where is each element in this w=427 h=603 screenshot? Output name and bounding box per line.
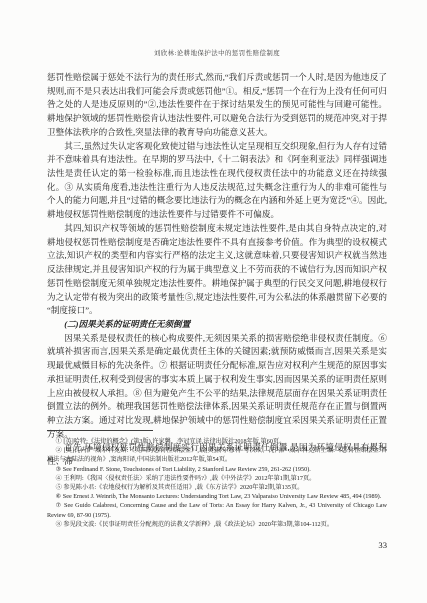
footnote-block: ① [英]哈特:《法律的概念》(第3版),许家馨、李冠宜译,法律出版社2018年… — [47, 430, 387, 529]
footnote: ⑦ See Guido Calabresi, Concerning Cause … — [47, 501, 387, 519]
footnote: ⑥ See Ernest J. Weinrib, The Monsanto Le… — [47, 492, 387, 501]
footnote: ⑤ 参见陈小君:《农地侵权行为解析及其责任适用》,载《东方法学》2020年第2期… — [47, 483, 387, 492]
journal-page: 刘欣林:论耕地保护法中的惩罚性赔偿制度 惩罚性赔偿属于惩处不法行为的责任形式,然… — [0, 0, 427, 603]
paragraph: 其三,虽然过失认定客观化致使过错与违法性认定呈现相互交织现象,但行为人存有过错并… — [47, 140, 387, 222]
paragraph: 因果关系是侵权责任的核心构成要件,无须因果关系的损害赔偿绝非侵权责任制度。⑥ 就… — [47, 332, 387, 442]
footnote: ④ 王利明:《我国〈侵权责任法〉采纳了违法性要件吗?》,载《中外法学》2012年… — [47, 474, 387, 483]
footnote-separator — [47, 430, 153, 431]
paragraph: 其四,知识产权等领域的惩罚性赔偿制度未规定违法性要件,是由其自身特点决定的,对耕… — [47, 222, 387, 318]
footnote: ① [英]哈特:《法律的概念》(第3版),许家馨、李冠宜译,法律出版社2018年… — [47, 437, 387, 446]
footnote: ② [奥]瓦内萨·威尔科克斯:《英国的惩罚性赔偿金》,载[奥]赫尔穆特·考茨欧、… — [47, 446, 387, 464]
footnote: ⑧ 参见段文波:《民事证明责任分配规范的法教义学新释》,载《政法论坛》2020年… — [47, 520, 387, 529]
running-head: 刘欣林:论耕地保护法中的惩罚性赔偿制度 — [47, 48, 387, 57]
paragraph: 惩罚性赔偿属于惩处不法行为的责任形式,然而,“我们斥责或惩罚一个人时,是因为他违… — [47, 71, 387, 140]
body-text: 惩罚性赔偿属于惩处不法行为的责任形式,然而,“我们斥责或惩罚一个人时,是因为他违… — [47, 71, 387, 469]
page-number: 33 — [378, 540, 387, 550]
footnote: ③ See Ferdinand F. Stone, Touchstones of… — [47, 465, 387, 474]
section-heading: (二)因果关系的证明责任无须倒置 — [47, 318, 387, 332]
